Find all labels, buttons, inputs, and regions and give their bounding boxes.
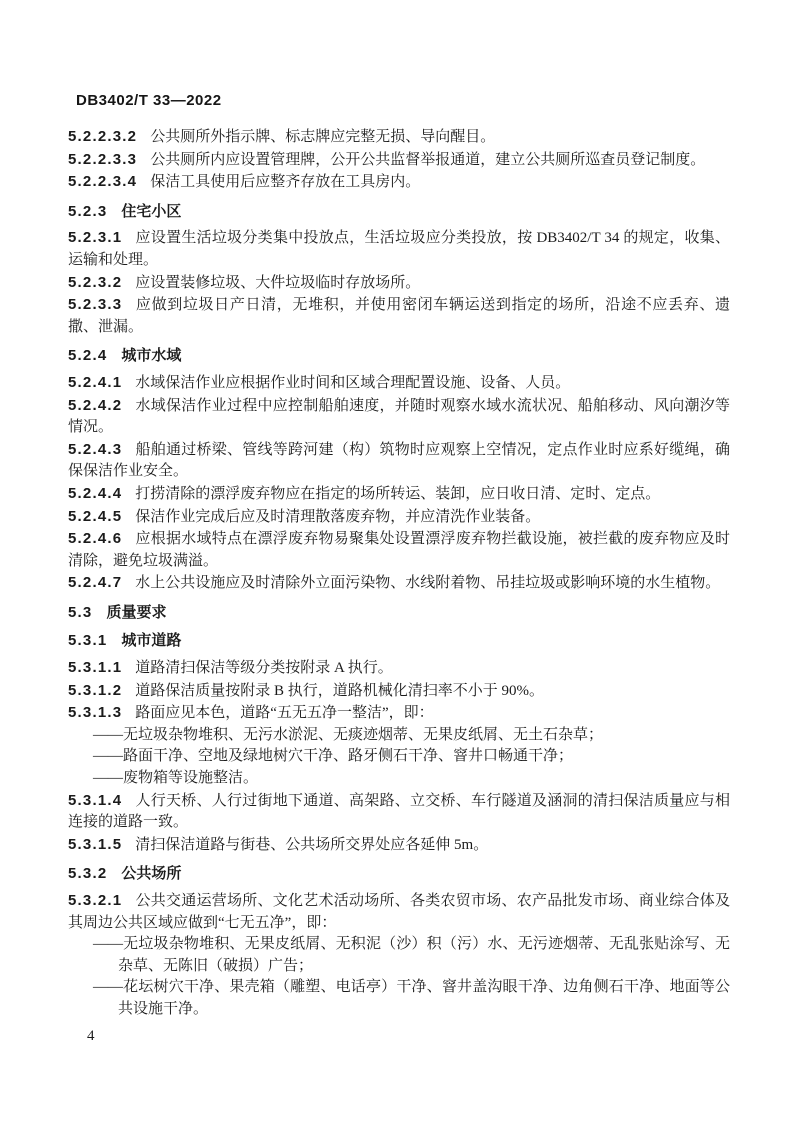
clause: 5.2.4.4打捞清除的漂浮废弃物应在指定的场所转运、装卸，应日收日清、定时、定… [68, 483, 730, 506]
dash-text: ——路面干净、空地及绿地树穴干净、路牙侧石干净、窨井口畅通干净； [93, 748, 573, 764]
section-heading: 5.3.1城市道路 [68, 630, 730, 652]
clause: 5.2.4.3船舶通过桥梁、管线等跨河建（构）筑物时应观察上空情况，定点作业时应… [68, 439, 730, 483]
clause-number: 5.3.1.4 [68, 792, 122, 809]
clause-number: 5.2.4.4 [68, 485, 122, 502]
clause: 5.3.1.1道路清扫保洁等级分类按附录 A 执行。 [68, 657, 730, 680]
clause-number: 5.3.1.2 [68, 682, 122, 699]
section-number: 5.3.1 [68, 632, 107, 649]
clause: 5.2.4.2水域保洁作业过程中应控制船舶速度，并随时观察水域水流状况、船舶移动… [68, 395, 730, 439]
section-title: 城市水域 [121, 347, 181, 364]
document-page: DB3402/T 33—2022 5.2.2.3.2公共厕所外指示牌、标志牌应完… [0, 0, 793, 1122]
clause: 5.2.4.7水上公共设施应及时清除外立面污染物、水线附着物、吊挂垃圾或影响环境… [68, 572, 730, 595]
clause: 5.2.4.1水域保洁作业应根据作业时间和区域合理配置设施、设备、人员。 [68, 372, 730, 395]
clause-text: 保洁作业完成后应及时清理散落废弃物，并应清洗作业装备。 [135, 509, 540, 525]
page-number: 4 [87, 1028, 95, 1045]
clause-number: 5.3.1.1 [68, 659, 122, 676]
dash-text: ——无垃圾杂物堆积、无果皮纸屑、无积泥（沙）积（污）水、无污迹烟蒂、无乱张贴涂写… [93, 936, 730, 974]
clause: 5.2.2.3.3公共厕所内应设置管理牌，公开公共监督举报通道，建立公共厕所巡查… [68, 149, 730, 172]
clause-text: 清扫保洁道路与街巷、公共场所交界处应各延伸 5m。 [135, 837, 488, 853]
clause-text: 水上公共设施应及时清除外立面污染物、水线附着物、吊挂垃圾或影响环境的水生植物。 [135, 575, 720, 591]
clause-number: 5.2.4.6 [68, 530, 122, 547]
clause-text: 公共交通运营场所、文化艺术活动场所、各类农贸市场、农产品批发市场、商业综合体及其… [68, 893, 730, 931]
clause-text: 路面应见本色，道路“五无五净一整洁”，即： [135, 705, 433, 721]
clause-text: 应设置生活垃圾分类集中投放点，生活垃圾应分类投放，按 DB3402/T 34 的… [68, 230, 730, 268]
clause-text: 应做到垃圾日产日清，无堆积，并使用密闭车辆运送到指定的场所，沿途不应丢弃、遗撒、… [68, 297, 730, 335]
dash-text: ——废物箱等设施整洁。 [93, 770, 258, 786]
clause: 5.3.1.2道路保洁质量按附录 B 执行，道路机械化清扫率不小于 90%。 [68, 680, 730, 703]
dash-list-item: ——路面干净、空地及绿地树穴干净、路牙侧石干净、窨井口畅通干净； [68, 746, 730, 768]
document-body: 5.2.2.3.2公共厕所外指示牌、标志牌应完整无损、导向醒目。 5.2.2.3… [68, 126, 730, 1021]
clause-number: 5.2.2.3.4 [68, 173, 137, 190]
section-heading: 5.3.2公共场所 [68, 863, 730, 885]
clause-text: 应设置装修垃圾、大件垃圾临时存放场所。 [135, 275, 420, 291]
section-number: 5.3 [68, 604, 92, 621]
clause-number: 5.2.2.3.2 [68, 128, 137, 145]
section-heading: 5.2.4城市水域 [68, 345, 730, 367]
section-heading: 5.3质量要求 [68, 602, 730, 624]
clause-text: 打捞清除的漂浮废弃物应在指定的场所转运、装卸，应日收日清、定时、定点。 [135, 486, 660, 502]
clause-number: 5.3.1.5 [68, 836, 122, 853]
clause: 5.3.1.3路面应见本色，道路“五无五净一整洁”，即： [68, 702, 730, 725]
clause-number: 5.3.1.3 [68, 704, 122, 721]
clause-number: 5.2.4.2 [68, 397, 122, 414]
section-heading: 5.2.3住宅小区 [68, 201, 730, 223]
dash-list-item: ——废物箱等设施整洁。 [68, 768, 730, 790]
section-title: 住宅小区 [121, 203, 181, 220]
clause-number: 5.2.3.1 [68, 229, 122, 246]
clause: 5.2.4.5保洁作业完成后应及时清理散落废弃物，并应清洗作业装备。 [68, 506, 730, 529]
clause-text: 船舶通过桥梁、管线等跨河建（构）筑物时应观察上空情况，定点作业时应系好缆绳，确保… [68, 442, 730, 480]
clause-text: 人行天桥、人行过街地下通道、高架路、立交桥、车行隧道及涵洞的清扫保洁质量应与相连… [68, 793, 730, 831]
clause: 5.2.3.3应做到垃圾日产日清，无堆积，并使用密闭车辆运送到指定的场所，沿途不… [68, 294, 730, 338]
dash-list-item: ——无垃圾杂物堆积、无果皮纸屑、无积泥（沙）积（污）水、无污迹烟蒂、无乱张贴涂写… [68, 934, 730, 977]
dash-text: ——花坛树穴干净、果壳箱（雕塑、电话亭）干净、窨井盖沟眼干净、边角侧石干净、地面… [93, 979, 730, 1017]
clause-number: 5.2.4.7 [68, 574, 122, 591]
clause: 5.3.1.5清扫保洁道路与街巷、公共场所交界处应各延伸 5m。 [68, 834, 730, 857]
clause-number: 5.2.3.3 [68, 296, 122, 313]
clause: 5.2.2.3.2公共厕所外指示牌、标志牌应完整无损、导向醒目。 [68, 126, 730, 149]
clause: 5.2.3.2应设置装修垃圾、大件垃圾临时存放场所。 [68, 272, 730, 295]
clause-number: 5.2.2.3.3 [68, 151, 137, 168]
dash-list-item: ——无垃圾杂物堆积、无污水淤泥、无痰迹烟蒂、无果皮纸屑、无土石杂草； [68, 725, 730, 747]
section-number: 5.2.4 [68, 347, 107, 364]
clause: 5.3.2.1公共交通运营场所、文化艺术活动场所、各类农贸市场、农产品批发市场、… [68, 890, 730, 934]
dash-text: ——无垃圾杂物堆积、无污水淤泥、无痰迹烟蒂、无果皮纸屑、无土石杂草； [93, 727, 603, 743]
clause-number: 5.3.2.1 [68, 892, 122, 909]
clause-text: 保洁工具使用后应整齐存放在工具房内。 [150, 174, 420, 190]
clause-text: 水域保洁作业过程中应控制船舶速度，并随时观察水域水流状况、船舶移动、风向潮汐等情… [68, 398, 730, 436]
section-number: 5.3.2 [68, 865, 107, 882]
clause-text: 道路清扫保洁等级分类按附录 A 执行。 [135, 660, 393, 676]
clause: 5.2.3.1应设置生活垃圾分类集中投放点，生活垃圾应分类投放，按 DB3402… [68, 227, 730, 271]
clause-number: 5.2.4.5 [68, 508, 122, 525]
section-number: 5.2.3 [68, 203, 107, 220]
clause-number: 5.2.4.3 [68, 441, 122, 458]
clause-text: 应根据水域特点在漂浮废弃物易聚集处设置漂浮废弃物拦截设施，被拦截的废弃物应及时清… [68, 531, 730, 569]
clause-number: 5.2.4.1 [68, 374, 122, 391]
clause-text: 水域保洁作业应根据作业时间和区域合理配置设施、设备、人员。 [135, 375, 570, 391]
clause-number: 5.2.3.2 [68, 274, 122, 291]
clause-text: 公共厕所外指示牌、标志牌应完整无损、导向醒目。 [150, 129, 495, 145]
section-title: 公共场所 [121, 865, 181, 882]
section-title: 城市道路 [121, 632, 181, 649]
dash-list-item: ——花坛树穴干净、果壳箱（雕塑、电话亭）干净、窨井盖沟眼干净、边角侧石干净、地面… [68, 977, 730, 1020]
document-header: DB3402/T 33—2022 [76, 92, 222, 109]
clause: 5.3.1.4人行天桥、人行过街地下通道、高架路、立交桥、车行隧道及涵洞的清扫保… [68, 790, 730, 834]
clause: 5.2.2.3.4保洁工具使用后应整齐存放在工具房内。 [68, 171, 730, 194]
clause-text: 道路保洁质量按附录 B 执行，道路机械化清扫率不小于 90%。 [135, 683, 544, 699]
section-title: 质量要求 [106, 604, 166, 621]
clause: 5.2.4.6应根据水域特点在漂浮废弃物易聚集处设置漂浮废弃物拦截设施，被拦截的… [68, 528, 730, 572]
clause-text: 公共厕所内应设置管理牌，公开公共监督举报通道，建立公共厕所巡查员登记制度。 [150, 152, 705, 168]
